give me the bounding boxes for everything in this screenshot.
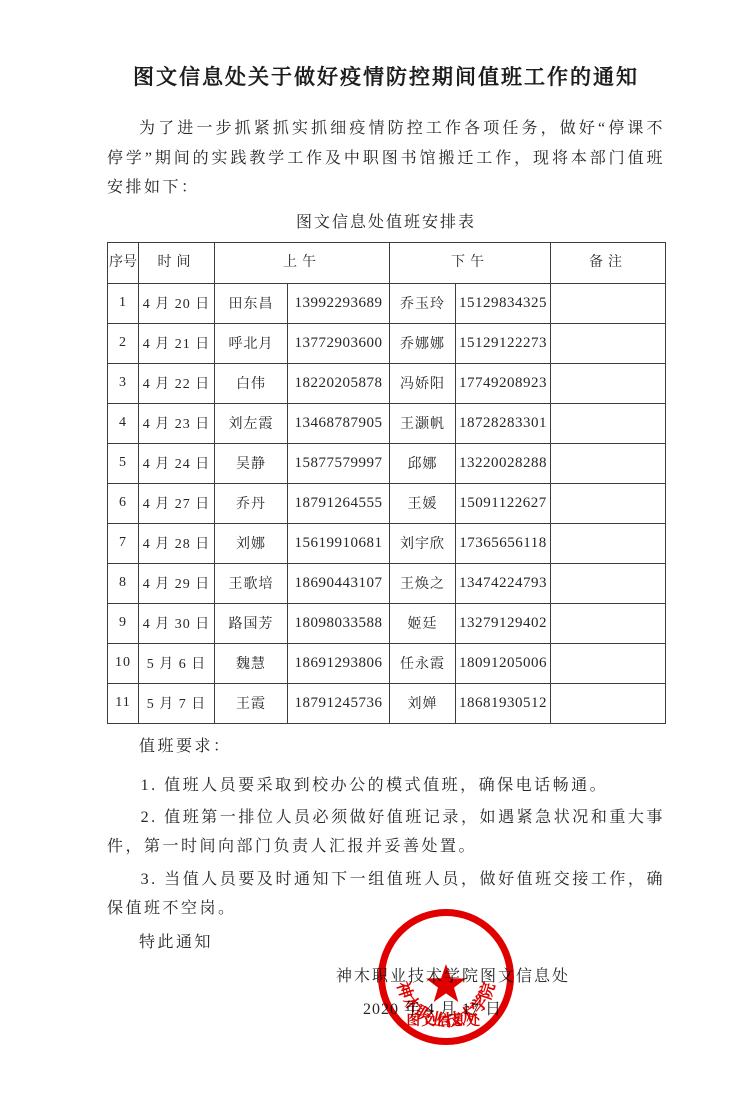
cell-am_name: 刘娜	[215, 523, 288, 563]
header-morning: 上午	[215, 242, 390, 283]
header-note: 备注	[551, 242, 666, 283]
cell-am_phone: 18220205878	[288, 363, 390, 403]
cell-pm_phone: 13474224793	[456, 563, 551, 603]
cell-note	[551, 603, 666, 643]
cell-date: 5 月 6 日	[139, 643, 215, 683]
duty-schedule-table: 序号 时间 上午 下午 备注 14 月 20 日田东昌13992293689乔玉…	[107, 242, 666, 724]
cell-am_name: 田东昌	[215, 283, 288, 323]
requirement-item-1: 1. 值班人员要采取到校办公的模式值班，确保电话畅通。	[107, 771, 665, 801]
cell-pm_name: 乔娜娜	[390, 323, 456, 363]
cell-date: 4 月 22 日	[139, 363, 215, 403]
cell-date: 4 月 28 日	[139, 523, 215, 563]
cell-pm_phone: 13220028288	[456, 443, 551, 483]
cell-am_phone: 18691293806	[288, 643, 390, 683]
cell-am_name: 王歌培	[215, 563, 288, 603]
signature-org: 神木职业技术学院图文信息处	[107, 962, 665, 992]
cell-pm_name: 乔玉玲	[390, 283, 456, 323]
signature-date: 2020 年 4 月 17 日	[107, 995, 665, 1025]
cell-pm_phone: 18728283301	[456, 403, 551, 443]
table-row: 64 月 27 日乔丹18791264555王媛15091122627	[108, 483, 666, 523]
cell-am_name: 魏慧	[215, 643, 288, 683]
cell-am_phone: 18690443107	[288, 563, 390, 603]
cell-am_name: 呼北月	[215, 323, 288, 363]
cell-seq: 1	[108, 283, 139, 323]
cell-pm_name: 冯娇阳	[390, 363, 456, 403]
table-row: 84 月 29 日王歌培18690443107王焕之13474224793	[108, 563, 666, 603]
cell-seq: 2	[108, 323, 139, 363]
cell-seq: 8	[108, 563, 139, 603]
requirement-item-2: 2. 值班第一排位人员必须做好值班记录，如遇紧急状况和重大事件，第一时间向部门负…	[107, 803, 665, 862]
table-header-row: 序号 时间 上午 下午 备注	[108, 242, 666, 283]
cell-date: 4 月 27 日	[139, 483, 215, 523]
cell-am_phone: 18791264555	[288, 483, 390, 523]
cell-seq: 4	[108, 403, 139, 443]
table-row: 24 月 21 日呼北月13772903600乔娜娜15129122273	[108, 323, 666, 363]
cell-pm_phone: 15091122627	[456, 483, 551, 523]
cell-am_phone: 13772903600	[288, 323, 390, 363]
cell-am_phone: 13992293689	[288, 283, 390, 323]
requirement-item-3: 3. 当值人员要及时通知下一组值班人员，做好值班交接工作，确保值班不空岗。	[107, 865, 665, 924]
cell-pm_name: 王媛	[390, 483, 456, 523]
cell-am_name: 路国芳	[215, 603, 288, 643]
cell-pm_phone: 15129834325	[456, 283, 551, 323]
intro-paragraph: 为了进一步抓紧抓实抓细疫情防控工作各项任务，做好“停课不停学”期间的实践教学工作…	[107, 114, 665, 203]
cell-note	[551, 443, 666, 483]
cell-am_phone: 15877579997	[288, 443, 390, 483]
table-row: 34 月 22 日白伟18220205878冯娇阳17749208923	[108, 363, 666, 403]
cell-date: 4 月 21 日	[139, 323, 215, 363]
table-header: 序号 时间 上午 下午 备注	[108, 242, 666, 283]
table-row: 44 月 23 日刘左霞13468787905王灏帆18728283301	[108, 403, 666, 443]
cell-am_phone: 15619910681	[288, 523, 390, 563]
cell-note	[551, 483, 666, 523]
table-row: 94 月 30 日路国芳18098033588姬廷13279129402	[108, 603, 666, 643]
cell-am_name: 白伟	[215, 363, 288, 403]
cell-am_name: 乔丹	[215, 483, 288, 523]
cell-pm_name: 刘婵	[390, 683, 456, 723]
cell-date: 4 月 23 日	[139, 403, 215, 443]
cell-note	[551, 523, 666, 563]
cell-seq: 10	[108, 643, 139, 683]
cell-seq: 5	[108, 443, 139, 483]
cell-note	[551, 403, 666, 443]
table-row: 14 月 20 日田东昌13992293689乔玉玲15129834325	[108, 283, 666, 323]
cell-seq: 7	[108, 523, 139, 563]
cell-am_phone: 18791245736	[288, 683, 390, 723]
cell-am_phone: 13468787905	[288, 403, 390, 443]
cell-date: 4 月 20 日	[139, 283, 215, 323]
cell-date: 5 月 7 日	[139, 683, 215, 723]
cell-seq: 11	[108, 683, 139, 723]
cell-pm_name: 邱娜	[390, 443, 456, 483]
table-row: 74 月 28 日刘娜15619910681刘宇欣17365656118	[108, 523, 666, 563]
cell-seq: 3	[108, 363, 139, 403]
duty-table-body: 14 月 20 日田东昌13992293689乔玉玲1512983432524 …	[108, 283, 666, 723]
table-row: 54 月 24 日吴静15877579997邱娜13220028288	[108, 443, 666, 483]
notice-document: 图文信息处关于做好疫情防控期间值班工作的通知 为了进一步抓紧抓实抓细疫情防控工作…	[0, 0, 750, 1118]
cell-pm_name: 王焕之	[390, 563, 456, 603]
cell-pm_name: 王灏帆	[390, 403, 456, 443]
cell-pm_phone: 15129122273	[456, 323, 551, 363]
header-time: 时间	[139, 242, 215, 283]
cell-am_name: 吴静	[215, 443, 288, 483]
cell-pm_phone: 18091205006	[456, 643, 551, 683]
cell-date: 4 月 30 日	[139, 603, 215, 643]
cell-note	[551, 643, 666, 683]
cell-note	[551, 683, 666, 723]
cell-pm_name: 姬廷	[390, 603, 456, 643]
cell-note	[551, 323, 666, 363]
cell-pm_name: 刘宇欣	[390, 523, 456, 563]
cell-note	[551, 363, 666, 403]
cell-am_phone: 18098033588	[288, 603, 390, 643]
document-content: 图文信息处关于做好疫情防控期间值班工作的通知 为了进一步抓紧抓实抓细疫情防控工作…	[107, 0, 665, 1024]
cell-am_name: 王霞	[215, 683, 288, 723]
cell-pm_phone: 17749208923	[456, 363, 551, 403]
table-caption: 图文信息处值班安排表	[107, 212, 665, 234]
cell-pm_phone: 17365656118	[456, 523, 551, 563]
cell-pm_phone: 18681930512	[456, 683, 551, 723]
header-seq: 序号	[108, 242, 139, 283]
requirements-heading: 值班要求：	[107, 732, 665, 762]
cell-am_name: 刘左霞	[215, 403, 288, 443]
cell-date: 4 月 24 日	[139, 443, 215, 483]
cell-seq: 9	[108, 603, 139, 643]
closing-phrase: 特此通知	[107, 928, 665, 958]
cell-pm_name: 任永霞	[390, 643, 456, 683]
cell-date: 4 月 29 日	[139, 563, 215, 603]
cell-note	[551, 563, 666, 603]
table-row: 115 月 7 日王霞18791245736刘婵18681930512	[108, 683, 666, 723]
header-afternoon: 下午	[390, 242, 551, 283]
cell-pm_phone: 13279129402	[456, 603, 551, 643]
table-row: 105 月 6 日魏慧18691293806任永霞18091205006	[108, 643, 666, 683]
cell-seq: 6	[108, 483, 139, 523]
document-title: 图文信息处关于做好疫情防控期间值班工作的通知	[107, 63, 665, 91]
cell-note	[551, 283, 666, 323]
